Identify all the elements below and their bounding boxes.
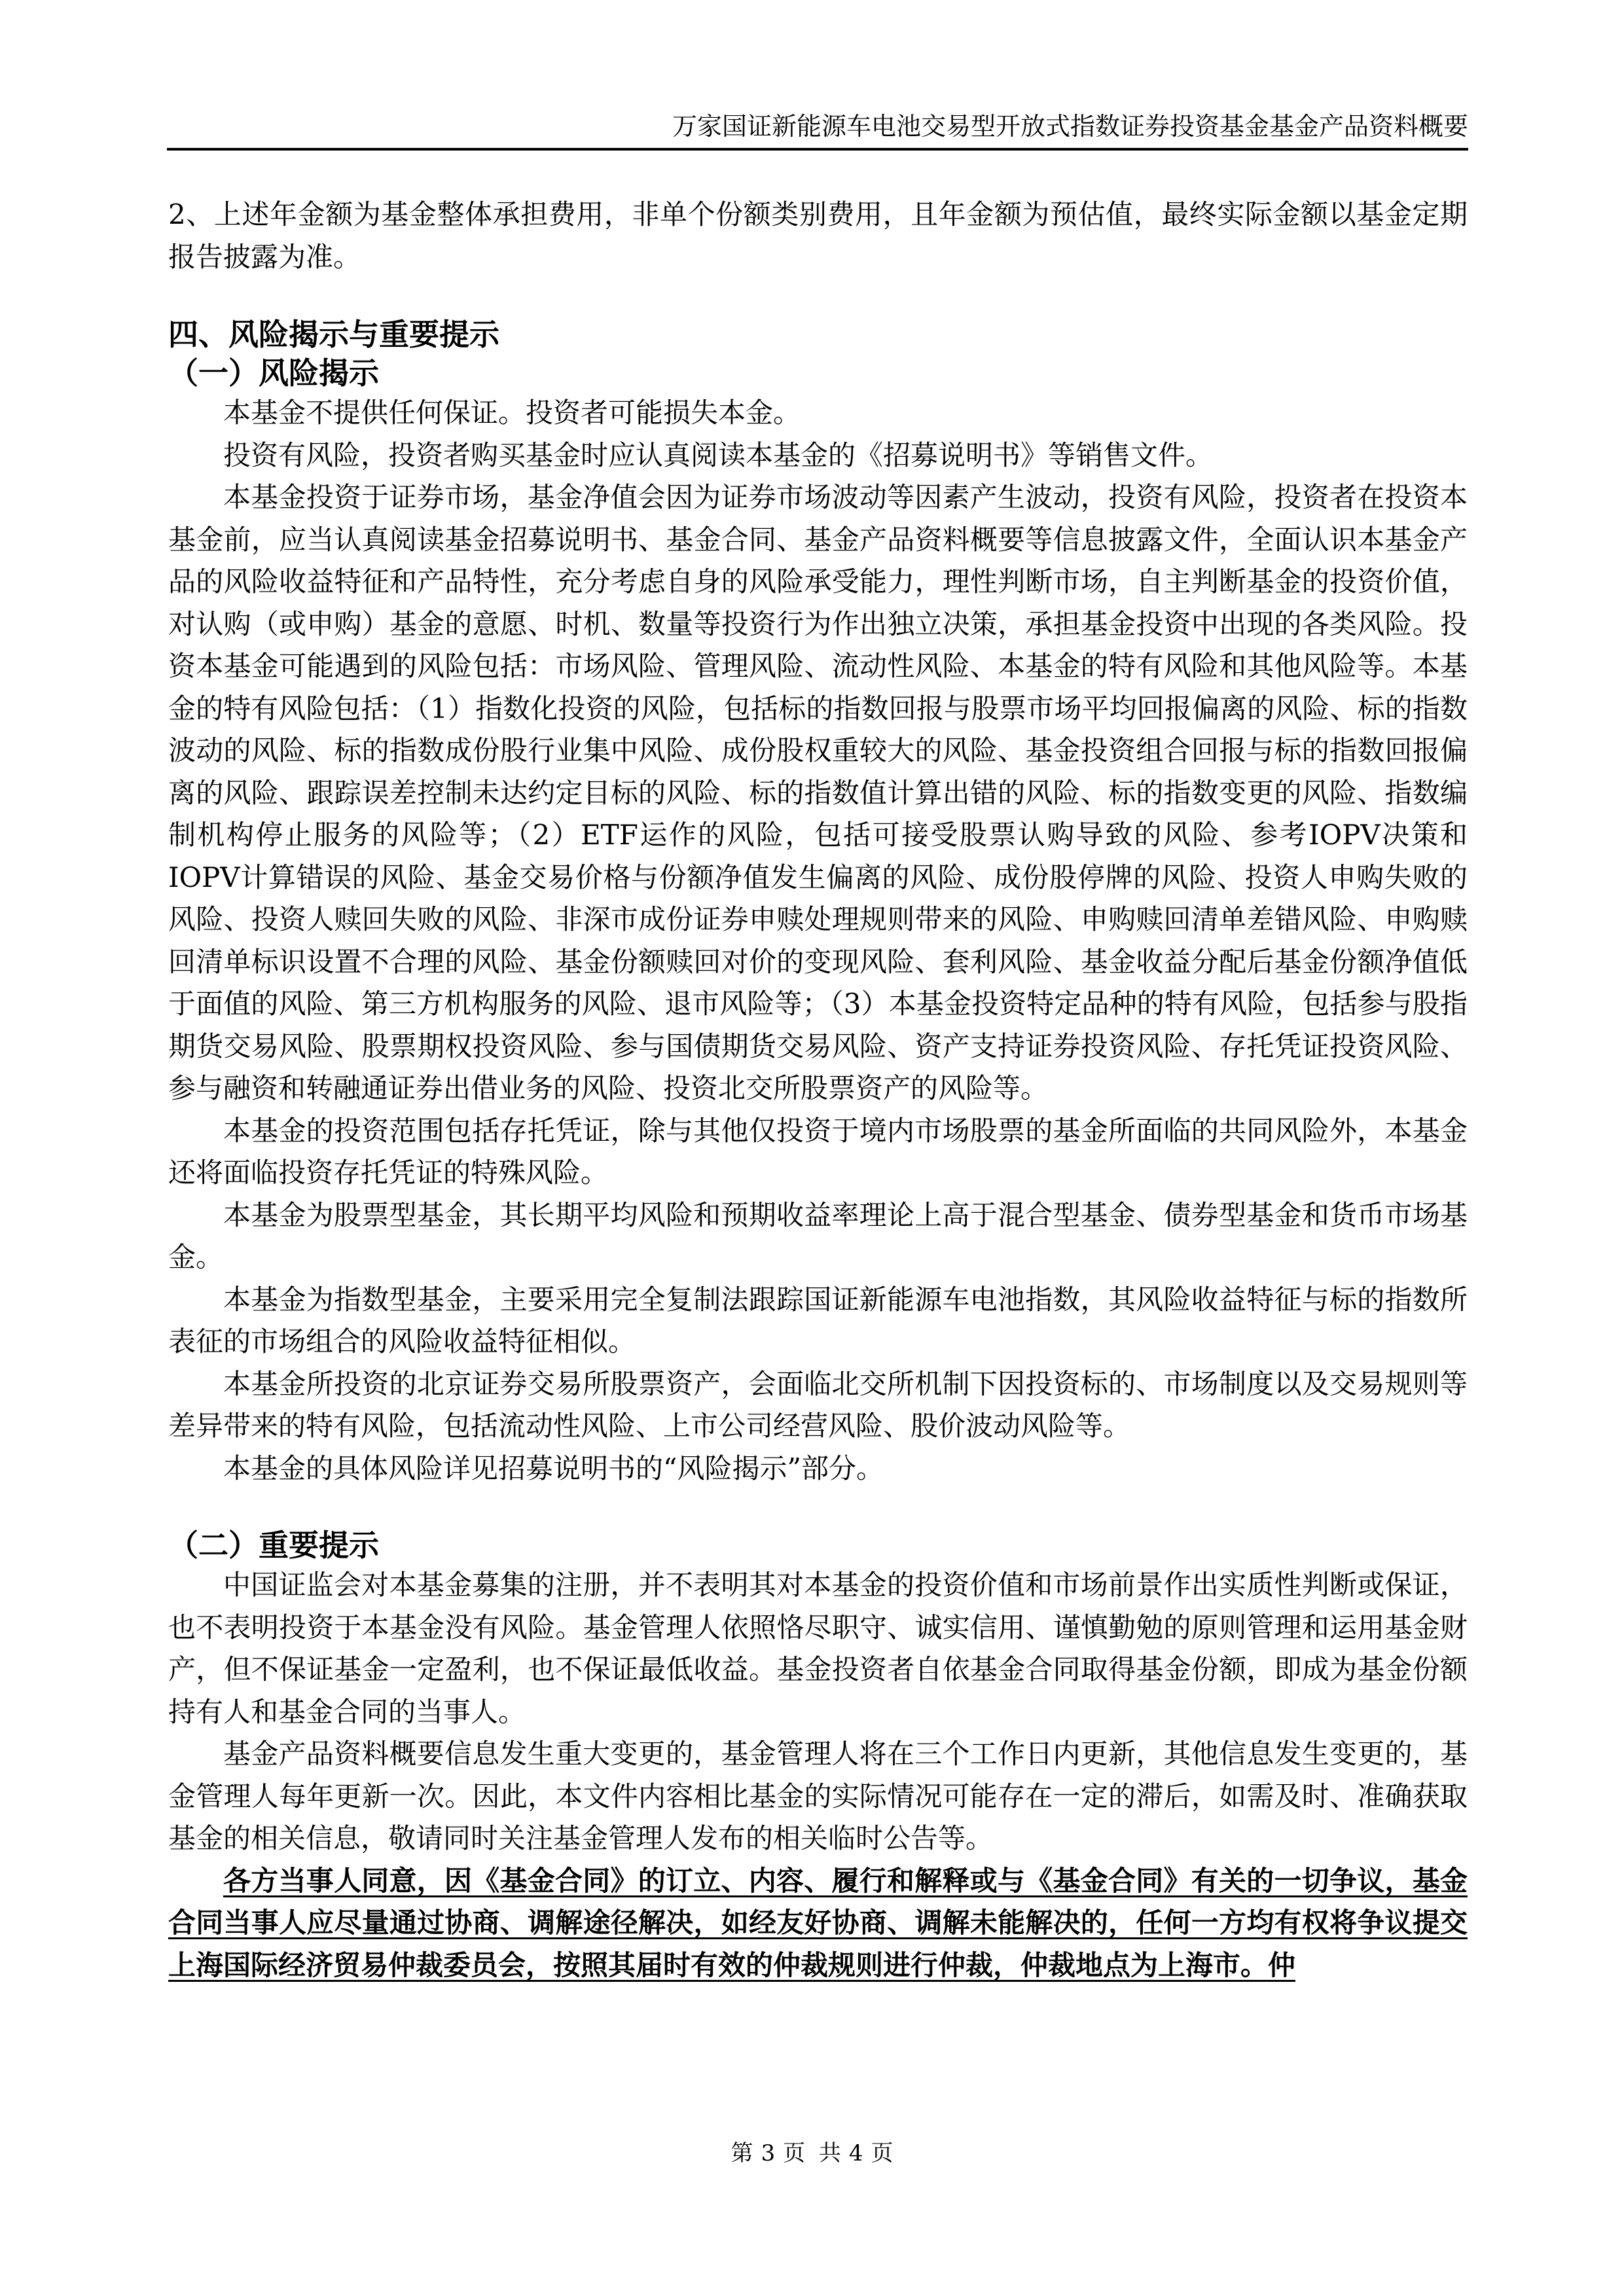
total-pages-number: 4 <box>849 2140 863 2166</box>
notice-paragraph: 基金产品资料概要信息发生重大变更的，基金管理人将在三个工作日内更新，其他信息发生… <box>168 1733 1468 1860</box>
risk-paragraph: 本基金的具体风险详见招募说明书的“风险揭示”部分。 <box>168 1448 1468 1490</box>
footer-suffix: 页 <box>871 2140 893 2166</box>
section-heading-risk-and-notice: 四、风险揭示与重要提示 <box>168 315 1468 354</box>
spacer <box>168 278 1468 315</box>
arbitration-clause-text: 各方当事人同意，因《基金合同》的订立、内容、履行和解释或与《基金合同》有关的一切… <box>168 1865 1468 1981</box>
risk-paragraph: 本基金为指数型基金，主要采用完全复制法跟踪国证新能源车电池指数，其风险收益特征与… <box>168 1279 1468 1363</box>
risk-paragraph: 本基金为股票型基金，其长期平均风险和预期收益率理论上高于混合型基金、债券型基金和… <box>168 1194 1468 1279</box>
header-rule <box>167 148 1468 151</box>
risk-paragraph: 投资有风险，投资者购买基金时应认真阅读本基金的《招募说明书》等销售文件。 <box>168 435 1468 477</box>
footer-prefix: 第 <box>731 2140 753 2166</box>
spacer <box>168 1490 1468 1526</box>
running-header-title: 万家国证新能源车电池交易型开放式指数证券投资基金基金产品资料概要 <box>672 110 1468 143</box>
subsection-heading-risk: （一）风险揭示 <box>168 354 1468 392</box>
subsection-heading-notice: （二）重要提示 <box>168 1526 1468 1564</box>
notice-paragraph: 中国证监会对本基金募集的注册，并不表明其对本基金的投资价值和市场前景作出实质性判… <box>168 1564 1468 1733</box>
current-page-number: 3 <box>761 2140 775 2166</box>
risk-paragraph: 本基金所投资的北京证券交易所股票资产，会面临北交所机制下因投资标的、市场制度以及… <box>168 1363 1468 1448</box>
risk-paragraph: 本基金投资于证券市场，基金净值会因为证券市场波动等因素产生波动，投资有风险，投资… <box>168 476 1468 1110</box>
risk-paragraph: 本基金不提供任何保证。投资者可能损失本金。 <box>168 392 1468 435</box>
footer-mid: 页 共 <box>783 2140 841 2166</box>
arbitration-paragraph: 各方当事人同意，因《基金合同》的订立、内容、履行和解释或与《基金合同》有关的一切… <box>168 1860 1468 1987</box>
page-content: 2、上述年金额为基金整体承担费用，非单个份额类别费用，且年金额为预估值，最终实际… <box>168 194 1468 1986</box>
page-footer: 第3页 共4页 <box>0 2135 1624 2167</box>
fee-note: 2、上述年金额为基金整体承担费用，非单个份额类别费用，且年金额为预估值，最终实际… <box>168 194 1468 278</box>
risk-paragraph: 本基金的投资范围包括存托凭证，除与其他仅投资于境内市场股票的基金所面临的共同风险… <box>168 1110 1468 1194</box>
